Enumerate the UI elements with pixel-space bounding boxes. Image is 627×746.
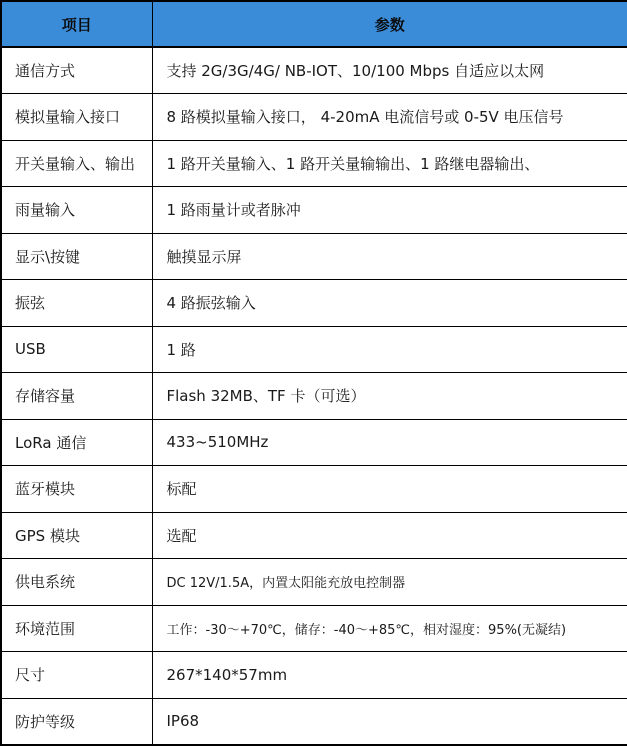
table-row: LoRa 通信 433~510MHz bbox=[1, 419, 627, 466]
table-row: 显示\按键 触摸显示屏 bbox=[1, 233, 627, 280]
table-row: GPS 模块 选配 bbox=[1, 512, 627, 559]
item-cell: 防护等级 bbox=[1, 698, 152, 745]
table-row: 通信方式 支持 2G/3G/4G/ NB-IOT、10/100 Mbps 自适应… bbox=[1, 47, 627, 94]
param-cell: 433~510MHz bbox=[152, 419, 627, 466]
param-cell: 工作：-30～+70℃，储存：-40～+85℃，相对湿度：95%(无凝结) bbox=[152, 605, 627, 652]
table-row: 雨量输入 1 路雨量计或者脉冲 bbox=[1, 187, 627, 234]
item-cell: 存储容量 bbox=[1, 373, 152, 420]
table-row: 振弦 4 路振弦输入 bbox=[1, 280, 627, 327]
table-row: 蓝牙模块 标配 bbox=[1, 466, 627, 513]
item-cell: 显示\按键 bbox=[1, 233, 152, 280]
param-cell: 1 路 bbox=[152, 326, 627, 373]
item-cell: 尺寸 bbox=[1, 652, 152, 699]
param-cell: IP68 bbox=[152, 698, 627, 745]
item-cell: 开关量输入、输出 bbox=[1, 140, 152, 187]
col-header-param: 参数 bbox=[152, 1, 627, 47]
header-row: 项目 参数 bbox=[1, 1, 627, 47]
table-row: 开关量输入、输出 1 路开关量输入、1 路开关量输输出、1 路继电器输出、 bbox=[1, 140, 627, 187]
param-cell: 1 路雨量计或者脉冲 bbox=[152, 187, 627, 234]
item-cell: GPS 模块 bbox=[1, 512, 152, 559]
table-body: 通信方式 支持 2G/3G/4G/ NB-IOT、10/100 Mbps 自适应… bbox=[1, 47, 627, 745]
param-cell: 选配 bbox=[152, 512, 627, 559]
param-cell: 触摸显示屏 bbox=[152, 233, 627, 280]
param-cell: DC 12V/1.5A，内置太阳能充放电控制器 bbox=[152, 559, 627, 606]
col-header-item: 项目 bbox=[1, 1, 152, 47]
param-cell: Flash 32MB、TF 卡（可选） bbox=[152, 373, 627, 420]
table-row: 供电系统 DC 12V/1.5A，内置太阳能充放电控制器 bbox=[1, 559, 627, 606]
table-row: 防护等级 IP68 bbox=[1, 698, 627, 745]
table-header: 项目 参数 bbox=[1, 1, 627, 47]
param-cell: 8 路模拟量输入接口， 4-20mA 电流信号或 0-5V 电压信号 bbox=[152, 94, 627, 141]
table-row: 环境范围 工作：-30～+70℃，储存：-40～+85℃，相对湿度：95%(无凝… bbox=[1, 605, 627, 652]
table-row: 模拟量输入接口 8 路模拟量输入接口， 4-20mA 电流信号或 0-5V 电压… bbox=[1, 94, 627, 141]
table-row: 尺寸 267*140*57mm bbox=[1, 652, 627, 699]
param-cell: 4 路振弦输入 bbox=[152, 280, 627, 327]
item-cell: 环境范围 bbox=[1, 605, 152, 652]
param-cell: 1 路开关量输入、1 路开关量输输出、1 路继电器输出、 bbox=[152, 140, 627, 187]
item-cell: USB bbox=[1, 326, 152, 373]
table-row: 存储容量 Flash 32MB、TF 卡（可选） bbox=[1, 373, 627, 420]
table-row: USB 1 路 bbox=[1, 326, 627, 373]
param-cell: 267*140*57mm bbox=[152, 652, 627, 699]
item-cell: 通信方式 bbox=[1, 47, 152, 94]
spec-table: 项目 参数 通信方式 支持 2G/3G/4G/ NB-IOT、10/100 Mb… bbox=[0, 0, 627, 746]
item-cell: 雨量输入 bbox=[1, 187, 152, 234]
param-cell: 支持 2G/3G/4G/ NB-IOT、10/100 Mbps 自适应以太网 bbox=[152, 47, 627, 94]
item-cell: 供电系统 bbox=[1, 559, 152, 606]
item-cell: LoRa 通信 bbox=[1, 419, 152, 466]
item-cell: 振弦 bbox=[1, 280, 152, 327]
item-cell: 蓝牙模块 bbox=[1, 466, 152, 513]
param-cell: 标配 bbox=[152, 466, 627, 513]
item-cell: 模拟量输入接口 bbox=[1, 94, 152, 141]
